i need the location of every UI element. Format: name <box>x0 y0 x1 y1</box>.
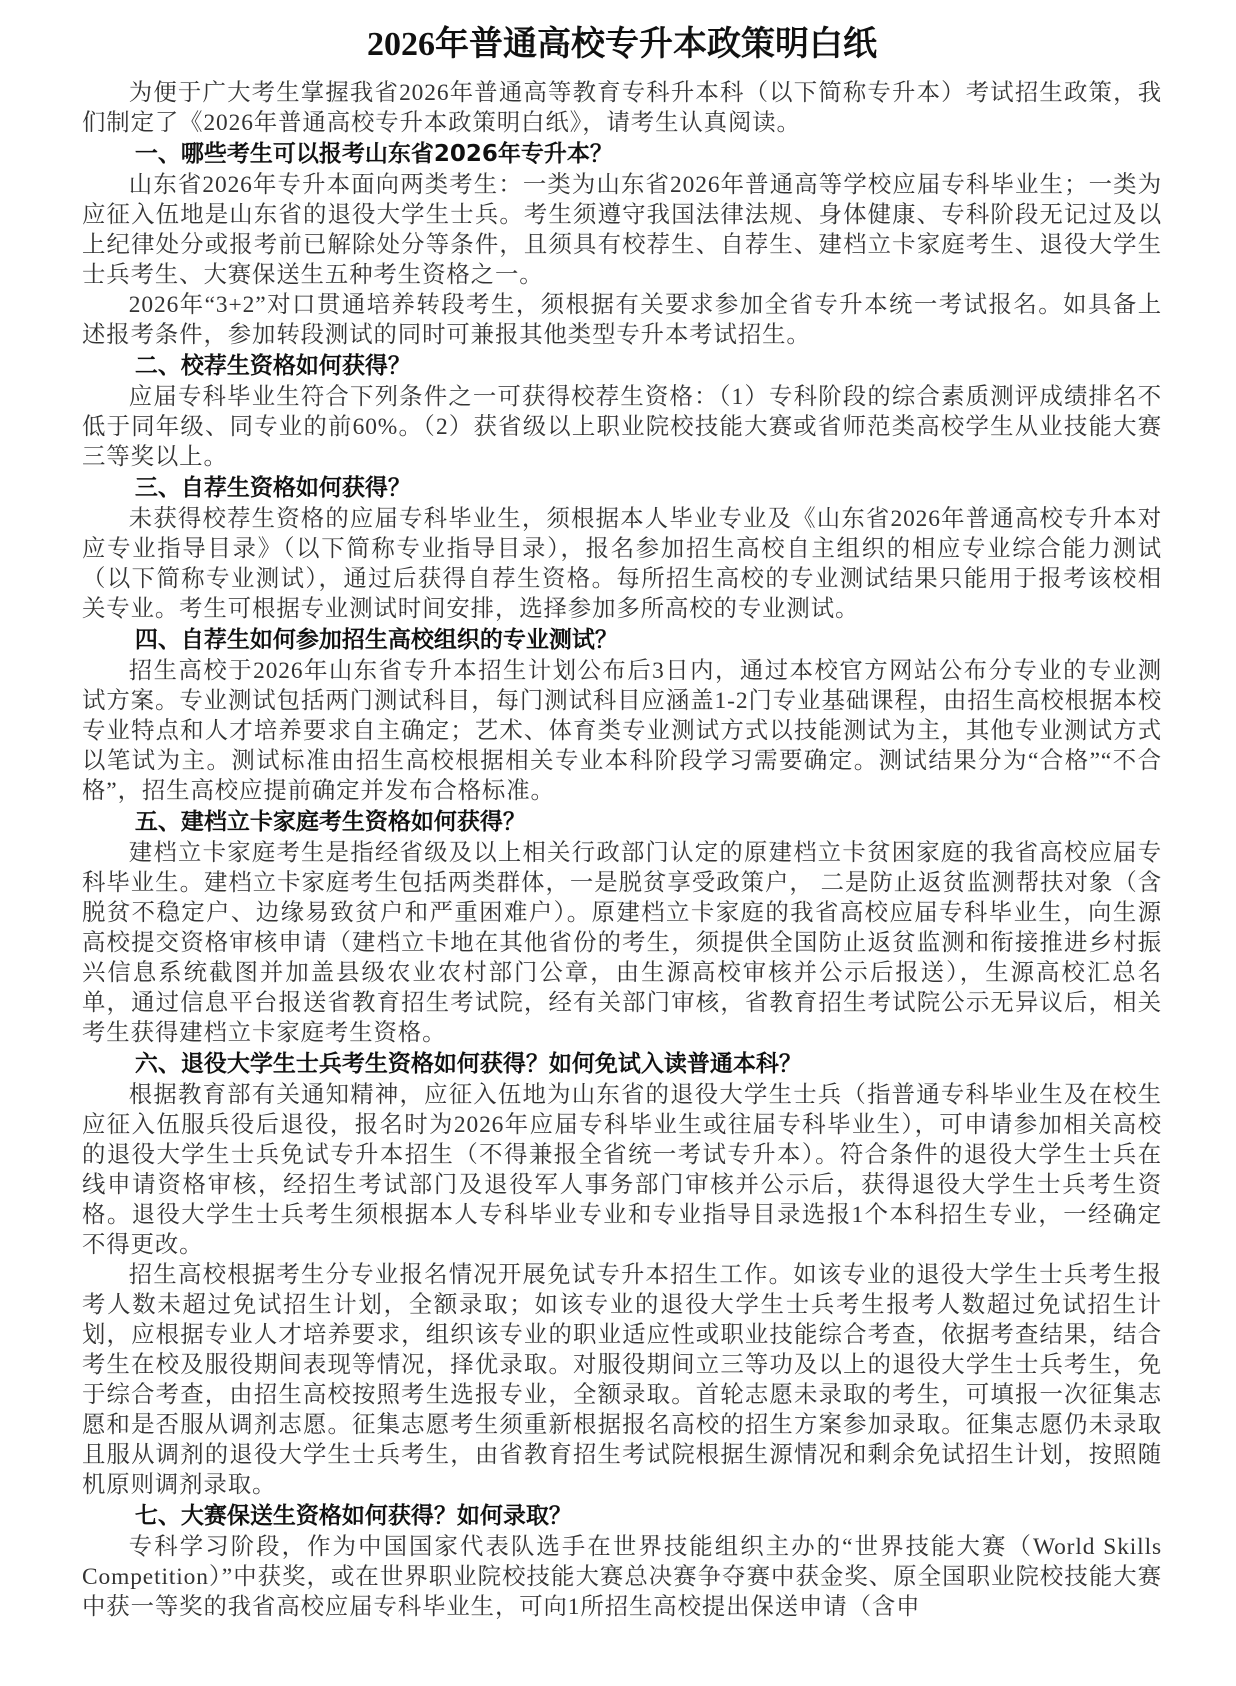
section-paragraph: 山东省2026年专升本面向两类考生：一类为山东省2026年普通高等学校应届专科毕… <box>82 170 1162 290</box>
section-heading: 六、退役大学生士兵考生资格如何获得？如何免试入读普通本科？ <box>82 1048 1162 1080</box>
document-title: 2026年普通高校专升本政策明白纸 <box>82 22 1162 68</box>
section-3: 三、自荐生资格如何获得？ 未获得校荐生资格的应届专科毕业生，须根据本人毕业专业及… <box>82 472 1162 624</box>
section-paragraph: 招生高校于2026年山东省专升本招生计划公布后3日内，通过本校官方网站公布分专业… <box>82 656 1162 806</box>
section-heading: 三、自荐生资格如何获得？ <box>82 472 1162 504</box>
section-paragraph: 未获得校荐生资格的应届专科毕业生，须根据本人毕业专业及《山东省2026年普通高校… <box>82 504 1162 624</box>
intro-paragraph: 为便于广大考生掌握我省2026年普通高等教育专科升本科（以下简称专升本）考试招生… <box>82 78 1162 138</box>
policy-document: 2026年普通高校专升本政策明白纸 为便于广大考生掌握我省2026年普通高等教育… <box>82 22 1162 1622</box>
section-1: 一、哪些考生可以报考山东省2026年专升本？ 山东省2026年专升本面向两类考生… <box>82 138 1162 350</box>
section-4: 四、自荐生如何参加招生高校组织的专业测试？ 招生高校于2026年山东省专升本招生… <box>82 624 1162 806</box>
section-paragraph: 建档立卡家庭考生是指经省级及以上相关行政部门认定的原建档立卡贫困家庭的我省高校应… <box>82 838 1162 1048</box>
section-5: 五、建档立卡家庭考生资格如何获得？ 建档立卡家庭考生是指经省级及以上相关行政部门… <box>82 806 1162 1048</box>
section-2: 二、校荐生资格如何获得？ 应届专科毕业生符合下列条件之一可获得校荐生资格：（1）… <box>82 350 1162 472</box>
section-7: 七、大赛保送生资格如何获得？如何录取？ 专科学习阶段，作为中国国家代表队选手在世… <box>82 1500 1162 1622</box>
section-6: 六、退役大学生士兵考生资格如何获得？如何免试入读普通本科？ 根据教育部有关通知精… <box>82 1048 1162 1500</box>
section-heading: 一、哪些考生可以报考山东省2026年专升本？ <box>82 138 1162 170</box>
section-paragraph: 应届专科毕业生符合下列条件之一可获得校荐生资格：（1）专科阶段的综合素质测评成绩… <box>82 382 1162 472</box>
section-paragraph: 根据教育部有关通知精神，应征入伍地为山东省的退役大学生士兵（指普通专科毕业生及在… <box>82 1080 1162 1260</box>
section-heading: 七、大赛保送生资格如何获得？如何录取？ <box>82 1500 1162 1532</box>
section-heading: 二、校荐生资格如何获得？ <box>82 350 1162 382</box>
section-paragraph: 招生高校根据考生分专业报名情况开展免试专升本招生工作。如该专业的退役大学生士兵考… <box>82 1260 1162 1500</box>
section-heading: 四、自荐生如何参加招生高校组织的专业测试？ <box>82 624 1162 656</box>
section-paragraph: 专科学习阶段，作为中国国家代表队选手在世界技能组织主办的“世界技能大赛（Worl… <box>82 1532 1162 1622</box>
section-paragraph: 2026年“3+2”对口贯通培养转段考生，须根据有关要求参加全省专升本统一考试报… <box>82 290 1162 350</box>
section-heading: 五、建档立卡家庭考生资格如何获得？ <box>82 806 1162 838</box>
